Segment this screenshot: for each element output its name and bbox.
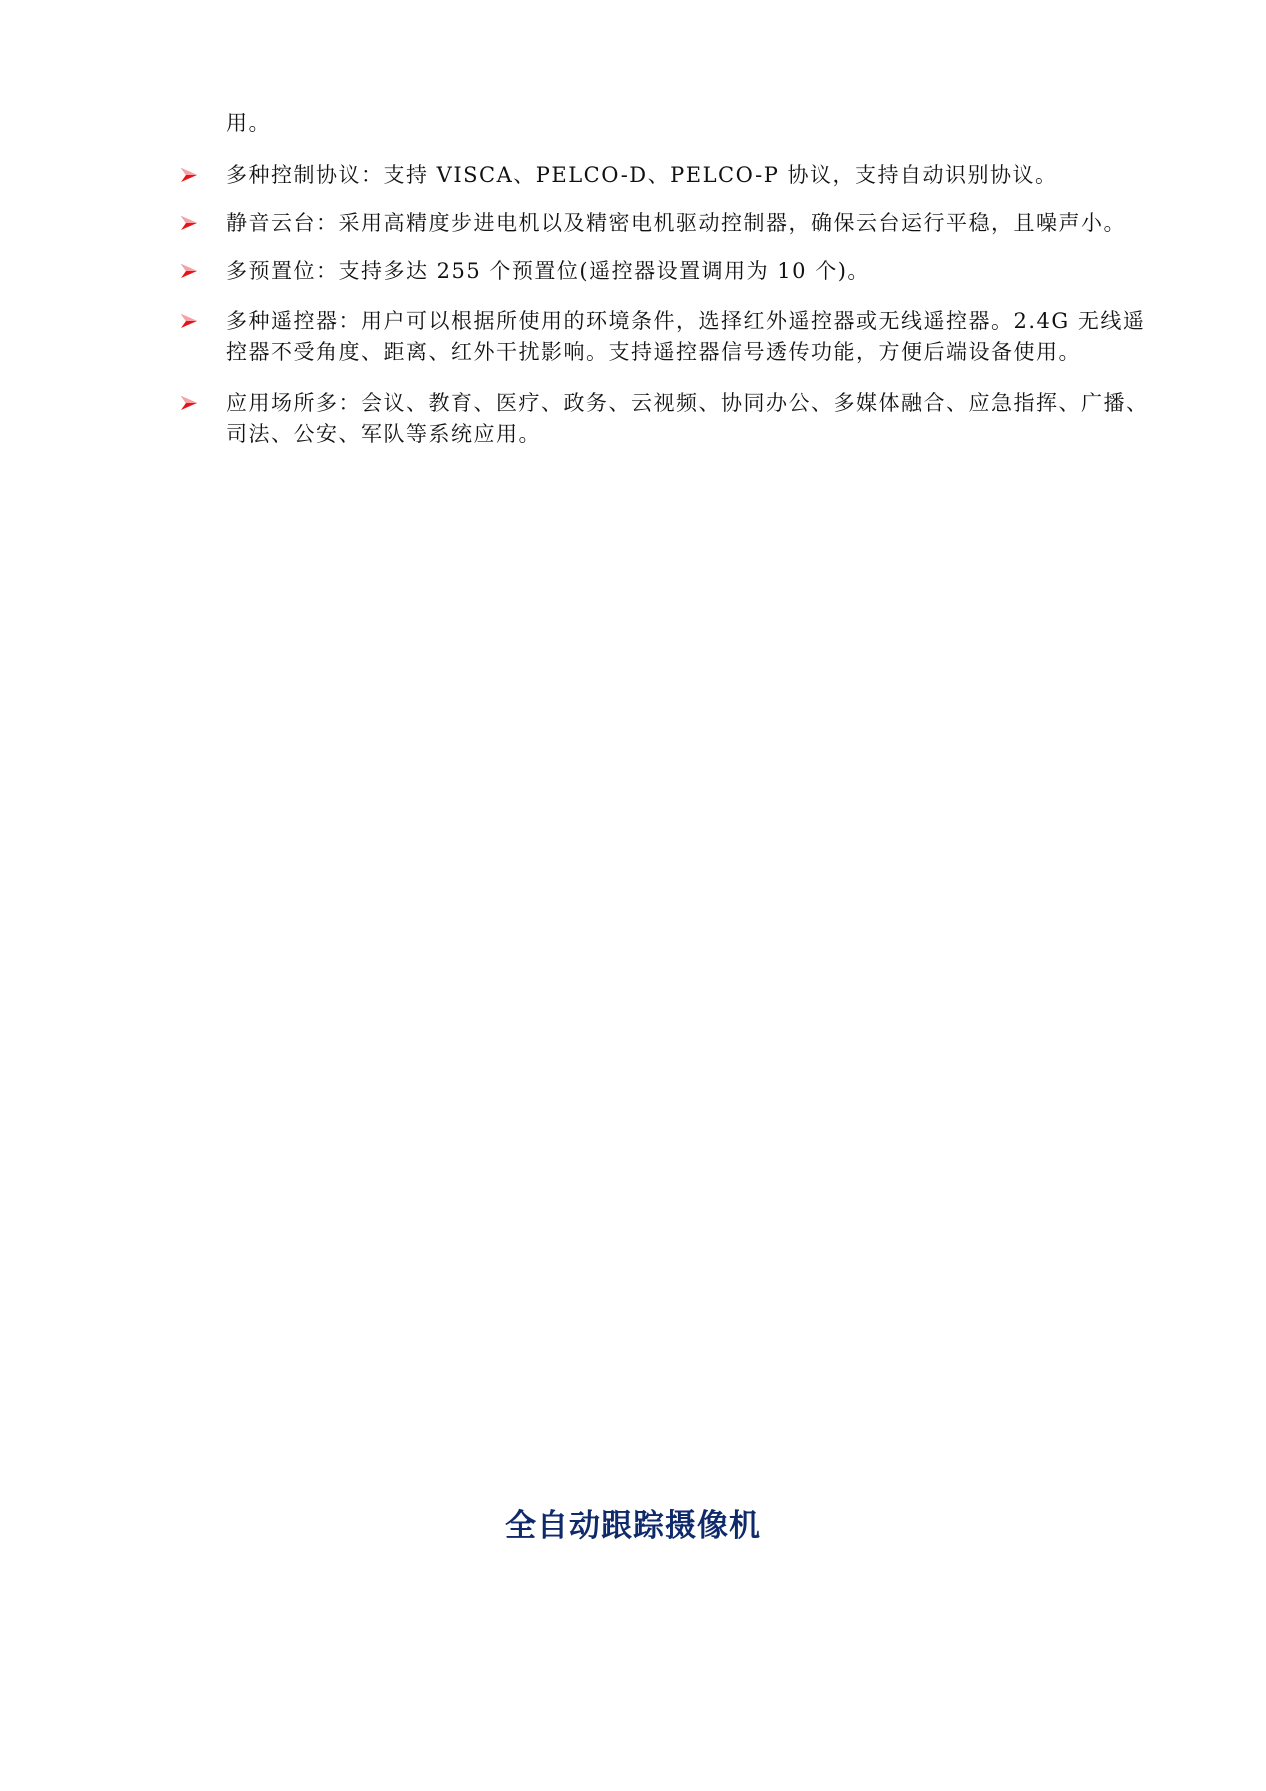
- feature-item-text: 多种遥控器：用户可以根据所使用的环境条件，选择红外遥控器或无线遥控器。2.4G …: [226, 306, 1146, 368]
- feature-item-text: 多种控制协议：支持 VISCA、PELCO-D、PELCO-P 协议，支持自动识…: [226, 160, 1146, 191]
- arrow-bullet-icon: [180, 312, 198, 330]
- arrow-bullet-icon: [180, 214, 198, 232]
- continuation-text: 用。: [226, 108, 271, 138]
- feature-item-line: 司法、公安、军队等系统应用。: [226, 419, 1146, 450]
- feature-item-line: 多种遥控器：用户可以根据所使用的环境条件，选择红外遥控器或无线遥控器。2.4G …: [226, 306, 1146, 337]
- feature-item-line: 静音云台：采用高精度步进电机以及精密电机驱动控制器，确保云台运行平稳，且噪声小。: [226, 208, 1146, 239]
- feature-item-text: 静音云台：采用高精度步进电机以及精密电机驱动控制器，确保云台运行平稳，且噪声小。: [226, 208, 1146, 239]
- feature-item-line: 控器不受角度、距离、红外干扰影响。支持遥控器信号透传功能，方便后端设备使用。: [226, 337, 1146, 368]
- arrow-bullet-icon: [180, 394, 198, 412]
- feature-item-text: 应用场所多：会议、教育、医疗、政务、云视频、协同办公、多媒体融合、应急指挥、广播…: [226, 388, 1146, 450]
- feature-item-text: 多预置位：支持多达 255 个预置位(遥控器设置调用为 10 个)。: [226, 256, 1146, 287]
- feature-item-line: 多预置位：支持多达 255 个预置位(遥控器设置调用为 10 个)。: [226, 256, 1146, 287]
- feature-item-line: 多种控制协议：支持 VISCA、PELCO-D、PELCO-P 协议，支持自动识…: [226, 160, 1146, 191]
- feature-item-line: 应用场所多：会议、教育、医疗、政务、云视频、协同办公、多媒体融合、应急指挥、广播…: [226, 388, 1146, 419]
- arrow-bullet-icon: [180, 166, 198, 184]
- document-page: 用。 多种控制协议：支持 VISCA、PELCO-D、PELCO-P 协议，支持…: [0, 0, 1266, 1791]
- arrow-bullet-icon: [180, 262, 198, 280]
- footer-product-title: 全自动跟踪摄像机: [0, 1500, 1266, 1545]
